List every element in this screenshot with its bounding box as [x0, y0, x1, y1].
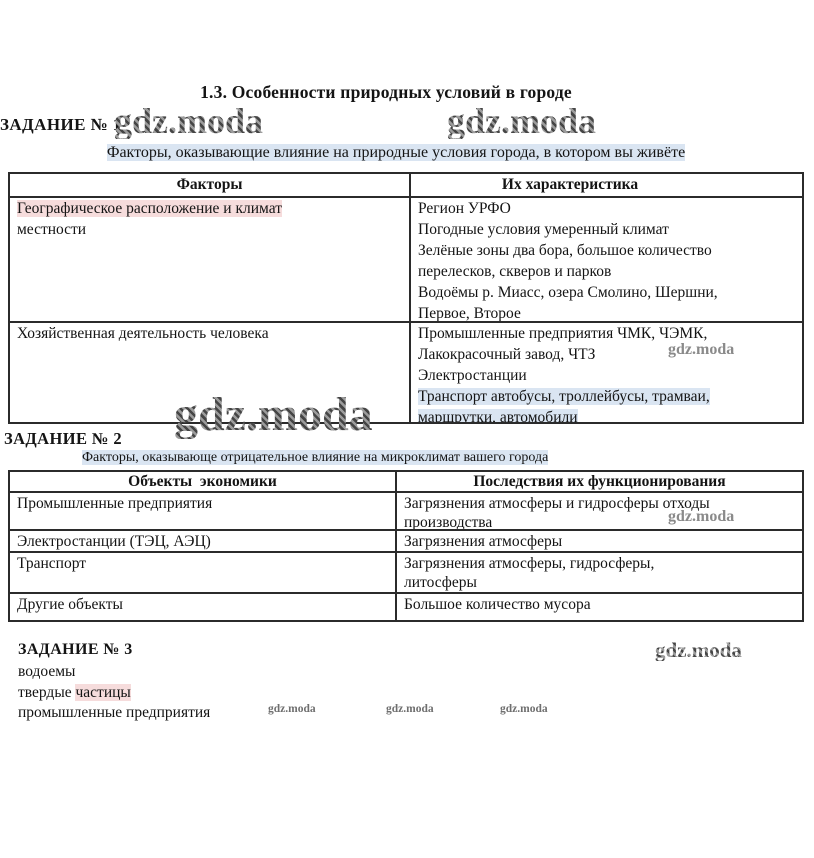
gdz-watermark-inline-table1: gdz.moda [668, 341, 734, 359]
task1-row1-characteristic-cell: Регион УРФО Погодные условия умеренный к… [409, 198, 802, 321]
text-line: Географическое расположение и климат [17, 199, 402, 220]
task1-row2-characteristic-cell: Промышленные предприятия ЧМК, ЧЭМК, Лако… [409, 323, 802, 422]
text-line: литосферы [404, 573, 795, 592]
task3-answer-line-3: промышленные предприятия [18, 704, 210, 722]
text-line: Загрязнения атмосферы и гидросферы отход… [404, 494, 795, 513]
task2-header-consequences: Последствия их функционирования [395, 472, 802, 491]
task2-subtitle-text: Факторы, оказывающе отрицательное влияни… [82, 450, 548, 465]
task2-row4-consequence-cell: Большое количество мусора [395, 594, 802, 620]
text-line: Первое, Второе [418, 304, 795, 321]
gdz-watermark-inline-table2: gdz.moda [668, 508, 734, 526]
task1-table-header-row: Факторы Их характеристика [10, 174, 802, 196]
page-title: 1.3. Особенности природных условий в гор… [0, 82, 772, 103]
task2-row1-consequence-cell: Загрязнения атмосферы и гидросферы отход… [395, 493, 802, 529]
task2-row3-object-cell: Транспорт [10, 553, 395, 592]
text-line: маршрутки, автомобили [418, 408, 795, 422]
text-line: Транспорт автобусы, троллейбусы, трамваи… [418, 387, 795, 408]
gdz-watermark-middle: gdz.moda [174, 391, 373, 439]
text-line: Лакокрасочный завод, ЧТЗ [418, 345, 795, 366]
task2-table-header-row: Объекты экономики Последствия их функцио… [10, 472, 802, 491]
task2-table-row-4: Другие объекты Большое количество мусора [10, 592, 802, 620]
task1-subtitle: Факторы, оказывающие влияние на природны… [0, 144, 792, 162]
task2-row2-object-cell: Электростанции (ТЭЦ, АЭЦ) [10, 531, 395, 551]
text-line: Водоёмы р. Миасс, озера Смолино, Шершни, [418, 283, 795, 304]
task1-header-characteristics: Их характеристика [409, 174, 802, 196]
gdz-watermark-tiny-3: gdz.moda [500, 703, 548, 715]
task3-label: ЗАДАНИЕ № 3 [18, 641, 133, 659]
task1-table: Факторы Их характеристика Географическое… [8, 172, 804, 424]
text-line: Погодные условия умеренный климат [418, 220, 795, 241]
gdz-watermark-top-right: gdz.moda [447, 103, 596, 139]
task3-answer-line-2: твердые частицы [18, 684, 131, 702]
task2-row1-object-cell: Промышленные предприятия [10, 493, 395, 529]
task2-subtitle: Факторы, оказывающе отрицательное влияни… [82, 450, 548, 466]
task3-line2-highlighted: частицы [75, 684, 130, 701]
task1-row2-transport-line1: Транспорт автобусы, троллейбусы, трамваи… [418, 388, 710, 405]
gdz-watermark-top-left: gdz.moda [114, 103, 263, 139]
worksheet-page: 1.3. Особенности природных условий в гор… [0, 0, 814, 858]
gdz-watermark-tiny-1: gdz.moda [268, 703, 316, 715]
task2-row3-consequence-cell: Загрязнения атмосферы, гидросферы, литос… [395, 553, 802, 592]
text-line: Электростанции [418, 366, 795, 387]
gdz-watermark-tiny-2: gdz.moda [386, 703, 434, 715]
task1-table-row-1: Географическое расположение и климат мес… [10, 196, 802, 321]
task1-row1-left-line2: местности [17, 220, 402, 241]
task1-row2-transport-line2: маршрутки, автомобили [418, 409, 578, 422]
task1-row1-left-line1: Географическое расположение и климат [17, 200, 282, 217]
task2-row2-consequence-cell: Загрязнения атмосферы [395, 531, 802, 551]
task2-header-objects: Объекты экономики [10, 472, 395, 491]
task2-row4-object-cell: Другие объекты [10, 594, 395, 620]
task1-row1-factor-cell: Географическое расположение и климат мес… [10, 198, 409, 321]
task1-header-factors: Факторы [10, 174, 409, 196]
task3-line2-plain: твердые [18, 684, 75, 701]
task2-table-row-3: Транспорт Загрязнения атмосферы, гидросф… [10, 551, 802, 592]
gdz-watermark-bottom-right: gdz.moda [655, 640, 742, 661]
task3-answer-line-1: водоемы [18, 663, 75, 681]
task2-table-row-2: Электростанции (ТЭЦ, АЭЦ) Загрязнения ат… [10, 529, 802, 551]
text-line: производства [404, 513, 795, 529]
task1-subtitle-text: Факторы, оказывающие влияние на природны… [107, 144, 685, 161]
text-line: Регион УРФО [418, 199, 795, 220]
text-line: Загрязнения атмосферы, гидросферы, [404, 554, 795, 573]
text-line: Промышленные предприятия ЧМК, ЧЭМК, [418, 324, 795, 345]
text-line: Зелёные зоны два бора, большое количеств… [418, 241, 795, 262]
task1-label: ЗАДАНИЕ № 1 [0, 115, 122, 135]
task2-label: ЗАДАНИЕ № 2 [4, 429, 122, 449]
task1-table-row-2: Хозяйственная деятельность человека Пром… [10, 321, 802, 422]
task2-table: Объекты экономики Последствия их функцио… [8, 470, 804, 622]
text-line: перелесков, скверов и парков [418, 262, 795, 283]
